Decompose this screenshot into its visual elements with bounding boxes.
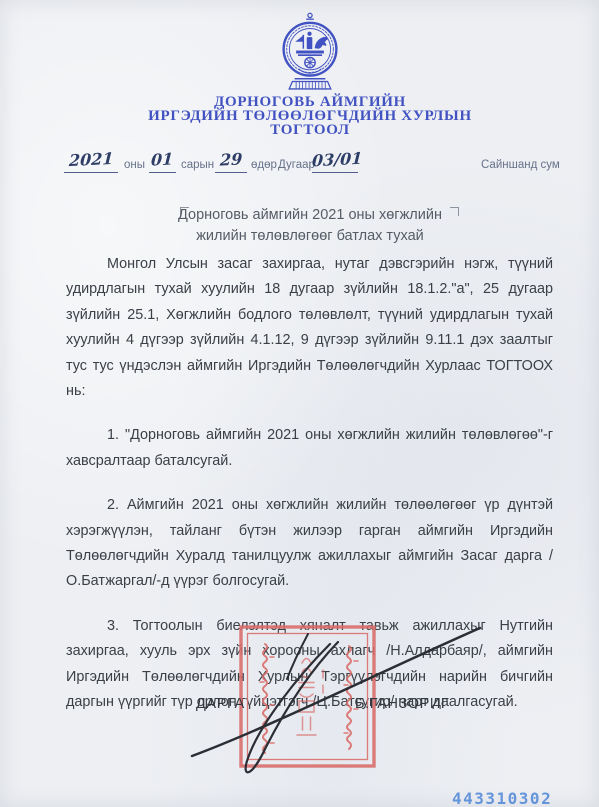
subject-line1: Дорноговь аймгийн 2021 оны хөгжлийн [150, 205, 470, 226]
mongolia-state-emblem-icon [273, 8, 347, 94]
subject-title: Дорноговь аймгийн 2021 оны хөгжлийн жили… [150, 205, 470, 247]
org-title-line2: ИРГЭДИЙН ТӨЛӨӨЛӨГЧДИЙН ХУРЛЫН [20, 109, 599, 123]
dateline: 2021 оны 01 сарын 29 өдөр Дугаар 03/01 С… [0, 150, 599, 180]
date-day-label: өдөр [251, 159, 277, 171]
signature-ink-icon [150, 614, 490, 796]
clause-1: 1. "Дорноговь аймгийн 2021 оны хөгжлийн … [66, 423, 553, 474]
clause-2: 2. Аймгийн 2021 оны хөгжлийн жилийн төлө… [66, 493, 553, 595]
doc-number-value: 03/01 [312, 150, 358, 173]
date-month-label: сарын [181, 159, 214, 171]
date-month-value: 01 [149, 150, 176, 173]
document-page: ДОРНОГОВЬ АЙМГИЙН ИРГЭДИЙН ТӨЛӨӨЛӨГЧДИЙН… [0, 0, 599, 807]
date-day-value: 29 [215, 150, 247, 173]
subject-line2: жилийн төлөвлөгөөг батлах тухай [150, 226, 470, 247]
place-label: Сайншанд сум [481, 159, 560, 171]
document-org-title: ДОРНОГОВЬ АЙМГИЙН ИРГЭДИЙН ТӨЛӨӨЛӨГЧДИЙН… [20, 95, 599, 138]
preamble-paragraph: Монгол Улсын засаг захиргаа, нутаг дэвсг… [66, 252, 553, 404]
date-year-value: 2021 [64, 150, 118, 173]
doc-number-label: Дугаар [278, 159, 315, 171]
date-year-label: оны [124, 159, 145, 171]
org-title-line3: ТОГТООЛ [20, 123, 599, 137]
